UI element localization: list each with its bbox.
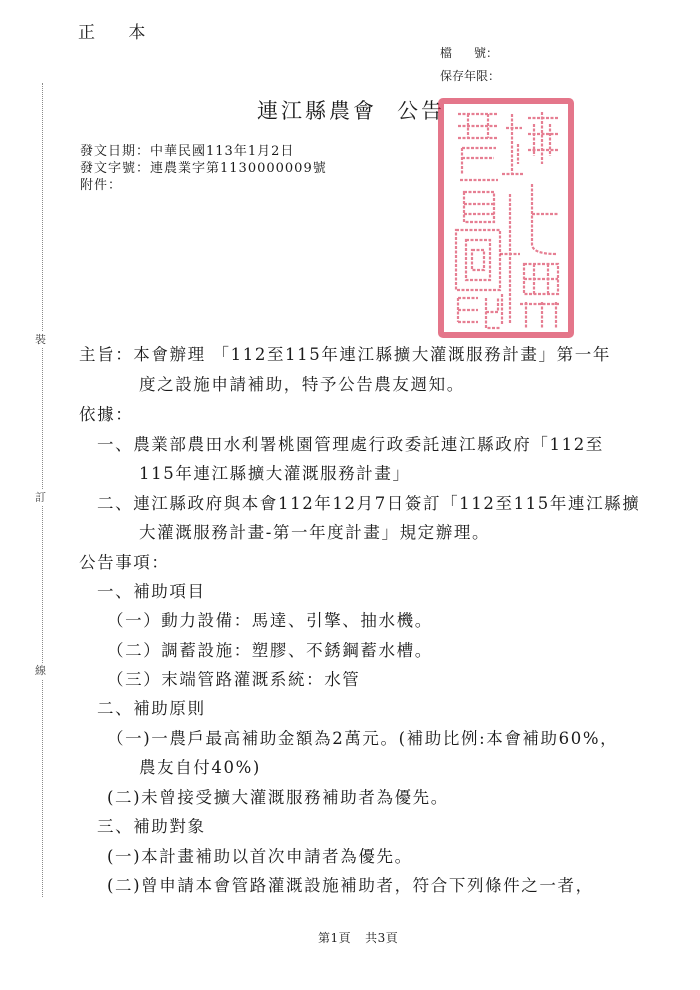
subject-line-2: 度之設施申請補助，特予公告農友週知。 xyxy=(139,371,465,395)
section-2-item-1-line-2: 農友自付40%) xyxy=(139,754,261,778)
total-pages: 共3頁 xyxy=(365,931,398,945)
basis-heading: 依據： xyxy=(79,401,133,425)
section-1-item-2: （二）調蓄設施：塑膠、不銹鋼蓄水槽。 xyxy=(107,637,433,661)
section-2-item-1-line-1: （一)一農戶最高補助金額為2萬元。(補助比例:本會補助60%， xyxy=(107,725,618,749)
section-1-item-3: （三）末端管路灌溉系統：水管 xyxy=(107,666,360,690)
subject-line-1: 主旨：本會辦理 「112至115年連江縣擴大灌溉服務計畫」第一年 xyxy=(79,341,611,365)
section-3-item-2: (二)曾申請本會管路灌溉設施補助者，符合下列條件之一者， xyxy=(107,872,594,896)
section-2-item-2: (二)未曾接受擴大灌溉服務補助者為優先。 xyxy=(107,784,449,808)
official-seal-stamp xyxy=(438,98,574,338)
basis-item-1-line-1: 一、農業部農田水利署桃園管理處行政委託連江縣政府「112至 xyxy=(97,431,604,455)
archive-number-label-a: 檔 xyxy=(440,46,452,60)
section-1-item-1: （一）動力設備：馬達、引擎、抽水機。 xyxy=(107,607,433,631)
title-organization: 連江縣農會 xyxy=(257,99,377,123)
notice-heading: 公告事項： xyxy=(79,549,170,573)
binding-char-1: 裝 xyxy=(35,332,46,348)
binding-char-3: 線 xyxy=(35,663,46,679)
page-indicator: 第1頁共3頁 xyxy=(318,929,398,946)
original-copy-mark: 正 本 xyxy=(78,18,159,43)
archive-number-label-b: 號： xyxy=(474,46,498,60)
seal-glyphs-icon xyxy=(444,104,568,332)
section-2-title: 二、補助原則 xyxy=(97,695,206,719)
attachment-label: 附件： xyxy=(80,174,122,193)
archive-number-field: 檔號： xyxy=(440,44,498,61)
section-3-item-1: (一)本計畫補助以首次申請者為優先。 xyxy=(107,843,413,867)
basis-item-1-line-2: 115年連江縣擴大灌溉服務計畫」 xyxy=(139,460,411,484)
section-1-title: 一、補助項目 xyxy=(97,578,206,602)
section-3-title: 三、補助對象 xyxy=(97,813,206,837)
retention-period-field: 保存年限： xyxy=(440,67,500,84)
basis-item-2-line-2: 大灌溉服務計畫-第一年度計畫」規定辦理。 xyxy=(139,519,490,543)
basis-item-2-line-1: 二、連江縣政府與本會112年12月7日簽訂「112至115年連江縣擴 xyxy=(97,490,640,514)
current-page: 第1頁 xyxy=(318,931,351,945)
binding-char-2: 訂 xyxy=(35,490,46,506)
document-title: 連江縣農會公告 xyxy=(257,95,445,125)
